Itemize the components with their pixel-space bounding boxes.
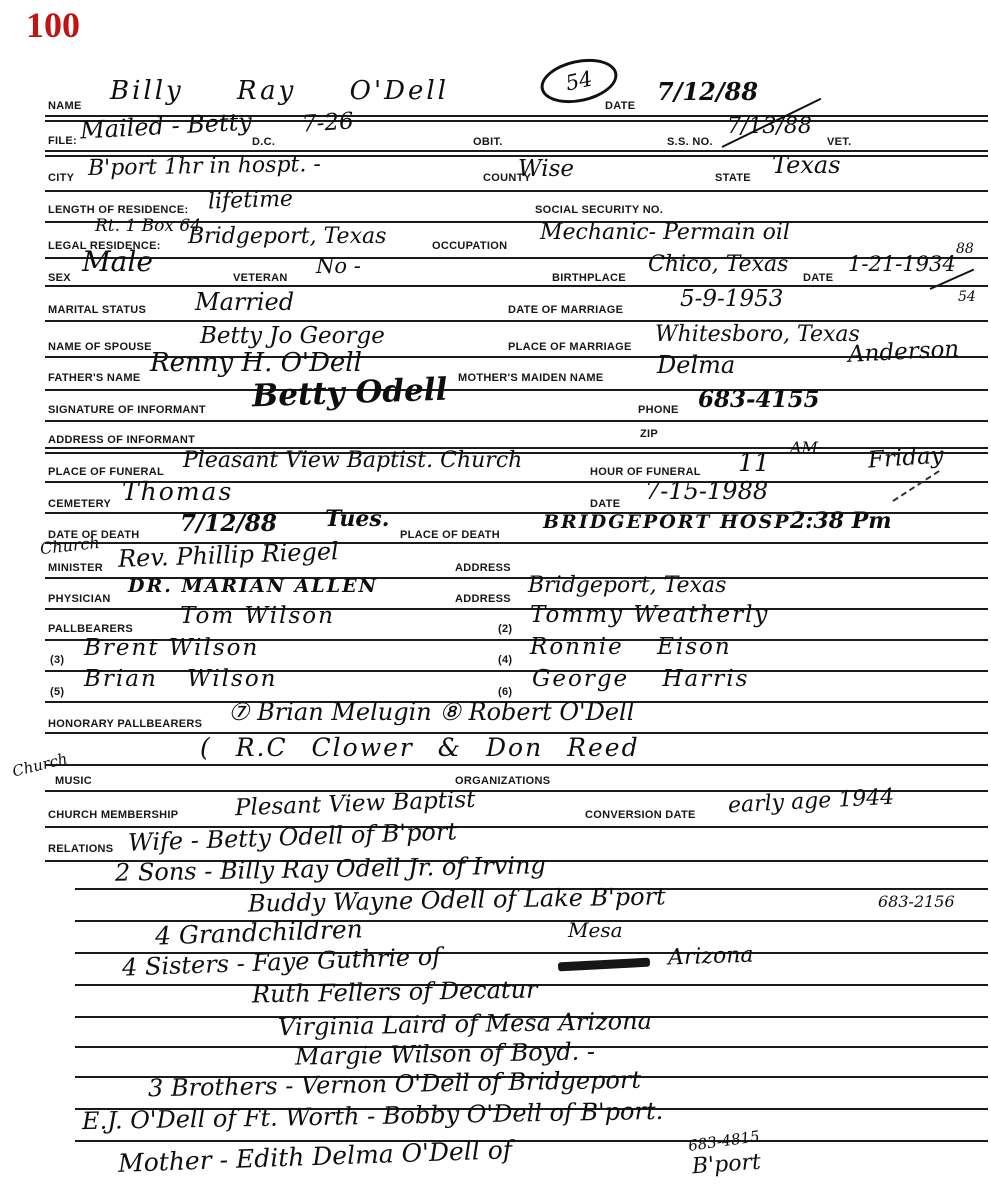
mothers-maiden-name-label: MOTHER'S MAIDEN NAME [458,372,604,384]
obit-label: OBIT. [473,136,503,148]
place-of-funeral-value: Pleasant View Baptist. Church [183,450,522,472]
date-of-marriage-label: DATE OF MARRIAGE [508,304,623,316]
honorary-pallbearers-value: ⑦ Brian Melugin ⑧ Robert O'Dell [228,700,634,724]
marital-status-value: Married [195,290,294,314]
signature-of-informant-value: Betty Odell [252,375,448,413]
scribbled-out-word-ink [558,958,650,972]
ss-no-label: S.S. NO. [667,136,713,148]
occupation-label: OCCUPATION [432,240,507,252]
birthplace-label: BIRTHPLACE [552,272,626,284]
ss-no-value: 7/13/88 [727,116,812,138]
physician-label: PHYSICIAN [48,593,111,605]
vet-label: VET. [827,136,851,148]
pallbearer4-value: Ronnie Eison [530,636,732,659]
physician-value: Dr. Marian Allen [128,577,378,596]
hour-of-funeral-value: 11 [738,450,770,475]
relations-line: E.J. O'Dell of Ft. Worth - Bobby O'Dell … [82,1099,664,1133]
conversion-date-label: CONVERSION DATE [585,809,696,821]
name-of-spouse-label: NAME OF SPOUSE [48,341,152,353]
pallbearer2-value: Tommy Weatherly [530,604,769,627]
veteran-label: VETERAN [233,272,288,284]
relations-line: Buddy Wayne Odell of Lake B'port [248,884,666,915]
occupation-value: Mechanic- Permain oil [540,222,790,244]
phone-value: 683-4155 [698,388,820,411]
city-value: B'port 1hr in hospt. - [88,154,321,180]
conversion-date-value: early age 1944 [728,787,895,818]
length-of-residence-label: LENGTH OF RESIDENCE: [48,204,188,216]
hour-of-funeral-day: Friday [867,444,944,472]
relations-line: Margie Wilson of Boyd. - [295,1039,595,1068]
city-label: CITY [48,172,74,184]
pallbearer2-label: (2) [498,623,512,635]
hour-of-funeral-ampm: AM [790,440,818,456]
relations-line: 4 Grandchildren [155,916,363,948]
relations-line-phone: 683-2156 [878,894,955,910]
phone-label: PHONE [638,404,679,416]
county-value: Wise [518,158,574,181]
name-label: NAME [48,100,82,112]
relations-line: 2 Sons - Billy Ray Odell Jr. of Irving [115,853,546,885]
age-calc-bottom: 54 [958,290,976,304]
veteran-value: No - [316,256,361,277]
name-of-spouse-value: Betty Jo George [200,325,385,348]
relations-line: Virginia Laird of Mesa Arizona [278,1009,652,1040]
fathers-name-label: FATHER'S NAME [48,372,140,384]
scanned-funeral-record: 100 54 NAME Billy Ray O'Dell DATE 7/12/8… [0,0,991,1193]
pallbearer3-value: Brent Wilson [84,637,259,660]
relations-line-suffix: Arizona [668,945,754,970]
birthplace-value: Chico, Texas [648,254,788,276]
file-value: Mailed - Betty [79,110,252,143]
record-date-label: DATE [605,100,635,112]
physician-address-value: Bridgeport, Texas [528,575,726,597]
pallbearer5-value: Brian Wilson [84,668,278,691]
place-of-death-value: Bridgeport Hosp [543,513,790,532]
cemetery-label: CEMETERY [48,498,111,510]
signature-of-informant-label: SIGNATURE OF INFORMANT [48,404,206,416]
zip-label: ZIP [640,428,658,440]
relations-line: Ruth Fellers of Decatur [252,978,538,1007]
rule-line [45,389,988,391]
mothers-maiden-name-value2: Anderson [847,338,959,367]
relations-label: RELATIONS [48,843,113,855]
funeral-date-label: DATE [590,498,620,510]
rule-line [75,1140,988,1142]
pallbearer6-label: (6) [498,686,512,698]
honorary-pallbearers-value2: ( R.C Clower & Don Reed [200,735,640,760]
rule-line [45,420,988,422]
social-security-no-label: SOCIAL SECURITY NO. [535,204,663,216]
rule-line [45,285,988,287]
church-membership-label: CHURCH MEMBERSHIP [48,809,178,821]
pallbearer3-label: (3) [50,654,64,666]
minister-address-label: ADDRESS [455,562,511,574]
fathers-name-value: Renny H. O'Dell [150,350,362,376]
physician-address-label: ADDRESS [455,593,511,605]
length-of-residence-value: lifetime [208,189,294,214]
place-of-death-label: PLACE OF DEATH [400,529,500,541]
pallbearer1-value: Tom Wilson [180,605,335,628]
minister-value: Rev. Phillip Riegel [118,539,339,571]
organizations-label: ORGANIZATIONS [455,775,550,787]
church-membership-value: Plesant View Baptist [235,789,476,820]
sex-label: SEX [48,272,71,284]
dc-value: 7-26 [301,110,354,137]
birth-date-value: 1-21-1934 [848,254,956,275]
date-of-death-day: Tues. [325,508,389,530]
file-label: FILE: [48,135,77,147]
place-of-marriage-value: Whitesboro, Texas [655,324,860,346]
page-number: 100 [26,4,80,46]
record-date-value: 7/12/88 [657,80,758,104]
marital-status-label: MARITAL STATUS [48,304,146,316]
rule-line [45,190,988,192]
pallbearer4-label: (4) [498,654,512,666]
dc-label: D.C. [252,136,275,148]
relations-note-mesa: Mesa [568,920,623,940]
state-label: STATE [715,172,751,184]
relations-value: Wife - Betty Odell of B'port [128,819,458,854]
place-of-death-time: 2:38 Pm [790,510,892,532]
pallbearer5-label: (5) [50,686,64,698]
relations-line: 3 Brothers - Vernon O'Dell of Bridgeport [148,1068,641,1101]
state-value: Texas [772,153,841,177]
minister-label: MINISTER [48,562,103,574]
pallbearers-label: PALLBEARERS [48,623,133,635]
funeral-date-value: 7-15-1988 [645,479,768,503]
honorary-pallbearers-label: HONORARY PALLBEARERS [48,718,202,730]
slash-mark-ink [892,470,939,502]
relations-line: Mother - Edith Delma O'Dell of [118,1137,513,1176]
pallbearer6-value: George Harris [532,668,749,691]
rule-line [45,764,988,766]
place-of-marriage-label: PLACE OF MARRIAGE [508,341,632,353]
date-of-marriage-value: 5-9-1953 [680,288,783,311]
cemetery-value: Thomas [122,479,233,504]
music-label: MUSIC [55,775,92,787]
legal-residence-value: Bridgeport, Texas [188,226,386,248]
legal-residence-note: Rt. 1 Box 64 [95,218,201,235]
sex-value: Male [82,248,153,276]
date-of-death-value: 7/12/88 [180,512,277,535]
rule-line [45,257,988,259]
address-of-informant-label: ADDRESS OF INFORMANT [48,434,195,446]
name-value: Billy Ray O'Dell [110,78,449,104]
minister-note: Church [39,535,100,557]
relations-line-suffix: B'port [691,1152,761,1179]
mothers-maiden-name-value: Delma [657,353,735,377]
birth-date-label: DATE [803,272,833,284]
age-calc-top: 88 [956,242,974,256]
